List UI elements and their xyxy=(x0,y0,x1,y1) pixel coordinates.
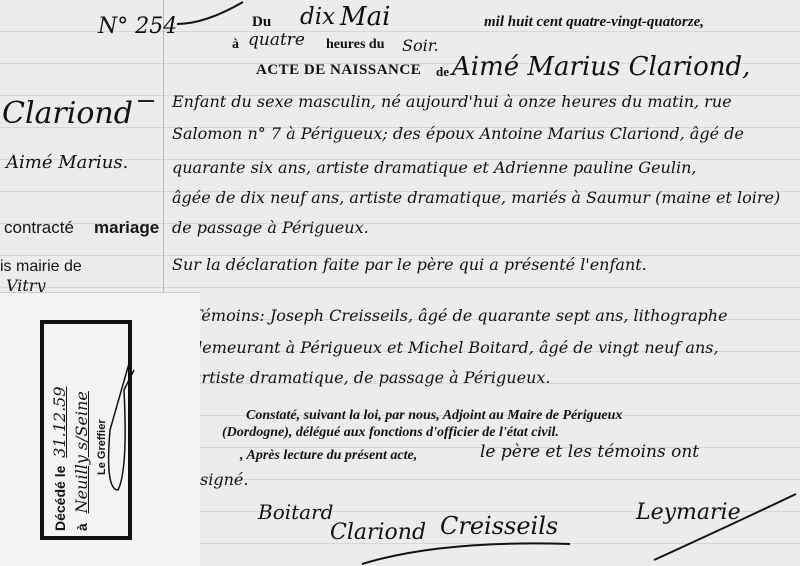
margin-dash xyxy=(138,100,154,102)
register-page: N° 254 Du dix Mai mil huit cent quatre-v… xyxy=(0,0,800,566)
month-handwritten: Mai xyxy=(340,2,390,32)
body-line: Salomon n° 7 à Périgueux; des époux Anto… xyxy=(172,124,744,143)
signature-underline xyxy=(360,530,580,566)
body-line: Témoins: Joseph Creisseils, âgé de quara… xyxy=(192,306,728,325)
day-handwritten: dix xyxy=(300,4,335,30)
period-handwritten: Soir. xyxy=(402,36,439,55)
body-line: Enfant du sexe masculin, né aujourd'hui … xyxy=(172,92,732,111)
closing-line-3-hand: le père et les témoins ont xyxy=(480,442,699,462)
body-line: de passage à Périgueux. xyxy=(172,218,369,237)
closing-line-2: (Dordogne), délégué aux fonctions d'offi… xyxy=(222,425,559,441)
mention-contracte: contracté xyxy=(4,218,74,238)
closing-line-1: Constaté, suivant la loi, par nous, Adjo… xyxy=(246,408,622,424)
stamp-label-a: à xyxy=(74,523,90,531)
closing-line-3: , Après lecture du présent acte, xyxy=(240,448,417,464)
body-line: artiste dramatique, de passage à Périgue… xyxy=(192,368,550,387)
child-name: Aimé Marius Clariond, xyxy=(452,52,750,82)
hour-handwritten: quatre xyxy=(248,30,305,50)
signature-boitard: Boitard xyxy=(258,500,333,524)
mention-mariage: mariage xyxy=(94,218,159,238)
body-line: âgée de dix neuf ans, artiste dramatique… xyxy=(172,188,780,207)
printed-a: à xyxy=(232,37,239,53)
greffier-signature xyxy=(100,350,140,500)
stamp-date: 31.12.59 xyxy=(50,386,69,457)
act-number: N° 254 xyxy=(98,14,177,39)
printed-de: de xyxy=(436,64,449,80)
signature-flourish xyxy=(650,490,800,566)
margin-given-names: Aimé Marius. xyxy=(6,152,128,173)
body-line: demeurant à Périgueux et Michel Boitard,… xyxy=(192,338,719,357)
flourish-stroke xyxy=(175,0,245,28)
printed-year: mil huit cent quatre-vingt-quatorze, xyxy=(484,14,704,31)
body-line: Sur la déclaration faite par le père qui… xyxy=(172,255,647,274)
act-title: ACTE DE NAISSANCE xyxy=(256,62,421,79)
stamp-label-decede: Décédé le xyxy=(52,466,68,531)
closing-line-4-hand: signé. xyxy=(200,470,248,489)
mention-mairie: is mairie de xyxy=(0,258,82,276)
body-line: quarante six ans, artiste dramatique et … xyxy=(172,158,696,177)
stamp-place: Neuilly s/Seine xyxy=(72,391,91,513)
margin-surname: Clariond xyxy=(2,96,133,131)
printed-heures: heures du xyxy=(326,37,384,53)
printed-du: Du xyxy=(252,14,271,31)
